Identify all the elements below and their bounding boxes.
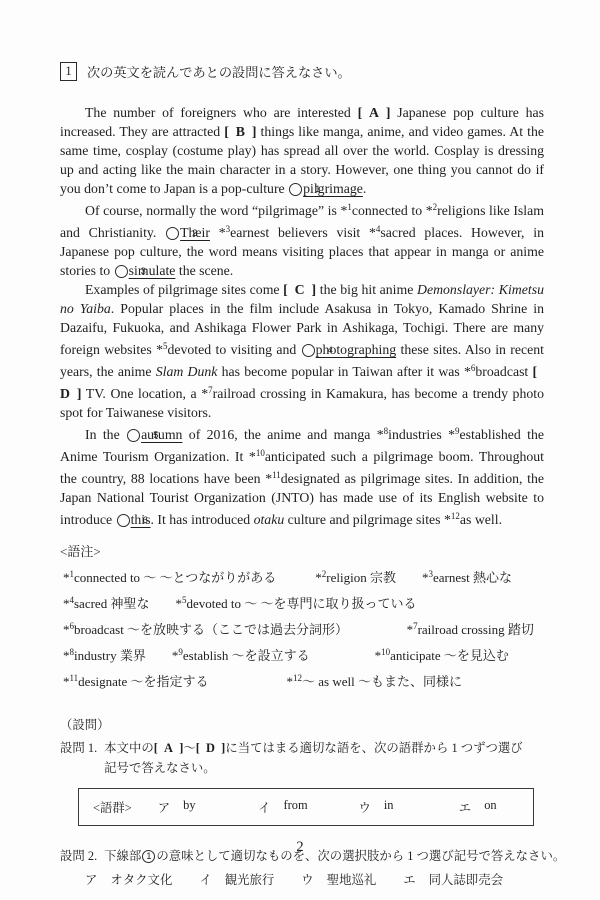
option-word: 同人誌即売会 bbox=[429, 869, 503, 891]
option-word: 聖地巡礼 bbox=[327, 869, 377, 891]
option-kana: ウ bbox=[358, 798, 370, 816]
page-content: 1 次の英文を読んであとの設問に答えなさい。 The number of for… bbox=[0, 0, 600, 891]
question-2-option-i: イ 観光旅行 bbox=[199, 869, 274, 891]
reading-passage: The number of foreigners who are interes… bbox=[60, 103, 544, 529]
question-2-option-u: ウ 聖地巡礼 bbox=[301, 869, 376, 891]
passage-paragraph-2: Of course, normally the word “pilgrimage… bbox=[60, 198, 544, 280]
glossary-line: *11designate ～を指定する *12～ as well ～もまた、同様… bbox=[60, 667, 544, 693]
word-group-label: <語群> bbox=[93, 798, 132, 816]
option-kana: ア bbox=[85, 869, 97, 891]
section-instruction: 次の英文を読んであとの設問に答えなさい。 bbox=[87, 62, 351, 81]
option-word: 観光旅行 bbox=[225, 869, 275, 891]
page-number: 2 bbox=[0, 839, 600, 856]
word-group-option-a: ア by bbox=[158, 798, 258, 816]
word-group-option-e: エ on bbox=[459, 798, 519, 816]
word-group-option-i: イ from bbox=[258, 798, 358, 816]
option-kana: イ bbox=[199, 869, 211, 891]
option-kana: エ bbox=[459, 798, 471, 816]
glossary-line: *4sacred 神聖な *5devoted to ～ ～を専門に取り扱っている bbox=[60, 589, 544, 615]
questions-section: （設問） 設問 1. 本文中の[ A ]～[ D ]に当てはまる適切な語を、次の… bbox=[60, 715, 544, 891]
glossary-line: *6broadcast ～を放映する（ここでは過去分詞形） *7railroad… bbox=[60, 615, 544, 641]
question-2-option-e: エ 同人誌即売会 bbox=[403, 869, 503, 891]
glossary-header: <語注> bbox=[60, 541, 544, 563]
question-1-label: 設問 1. bbox=[60, 738, 97, 758]
section-heading: 1 次の英文を読んであとの設問に答えなさい。 bbox=[60, 62, 544, 81]
option-word: by bbox=[183, 798, 195, 816]
passage-paragraph-3: Examples of pilgrimage sites come [ C ] … bbox=[60, 280, 544, 422]
question-1-text-line-1: 本文中の[ A ]～[ D ]に当てはまる適切な語を、次の語群から 1 つずつ選… bbox=[104, 738, 523, 758]
option-kana: イ bbox=[258, 798, 270, 816]
glossary: <語注> *1connected to ～ ～とつながりがある *2religi… bbox=[60, 541, 544, 693]
option-word: from bbox=[284, 798, 308, 816]
questions-header: （設問） bbox=[60, 715, 544, 735]
passage-paragraph-4: In the 5autumn of 2016, the anime and ma… bbox=[60, 422, 544, 529]
glossary-line: *1connected to ～ ～とつながりがある *2religion 宗教… bbox=[60, 563, 544, 589]
question-1-body: 本文中の[ A ]～[ D ]に当てはまる適切な語を、次の語群から 1 つずつ選… bbox=[104, 738, 523, 778]
option-kana: ウ bbox=[301, 869, 313, 891]
option-kana: エ bbox=[403, 869, 415, 891]
word-group-option-u: ウ in bbox=[358, 798, 458, 816]
passage-paragraph-1: The number of foreigners who are interes… bbox=[60, 103, 544, 198]
option-word: オタク文化 bbox=[110, 869, 172, 891]
option-word: in bbox=[384, 798, 394, 816]
section-number-box: 1 bbox=[60, 62, 77, 81]
question-2-options: ア オタク文化 イ 観光旅行 ウ 聖地巡礼 エ 同人誌即売会 bbox=[85, 869, 544, 891]
option-kana: ア bbox=[158, 798, 170, 816]
glossary-line: *8industry 業界 *9establish ～を設立する *10anti… bbox=[60, 641, 544, 667]
question-1: 設問 1. 本文中の[ A ]～[ D ]に当てはまる適切な語を、次の語群から … bbox=[60, 738, 544, 778]
question-2-option-a: ア オタク文化 bbox=[85, 869, 172, 891]
exam-page: 1 次の英文を読んであとの設問に答えなさい。 The number of for… bbox=[0, 0, 600, 900]
question-1-text-line-2: 記号で答えなさい。 bbox=[104, 758, 523, 778]
word-group-box: <語群> ア by イ from ウ in エ on bbox=[78, 788, 534, 826]
option-word: on bbox=[484, 798, 496, 816]
